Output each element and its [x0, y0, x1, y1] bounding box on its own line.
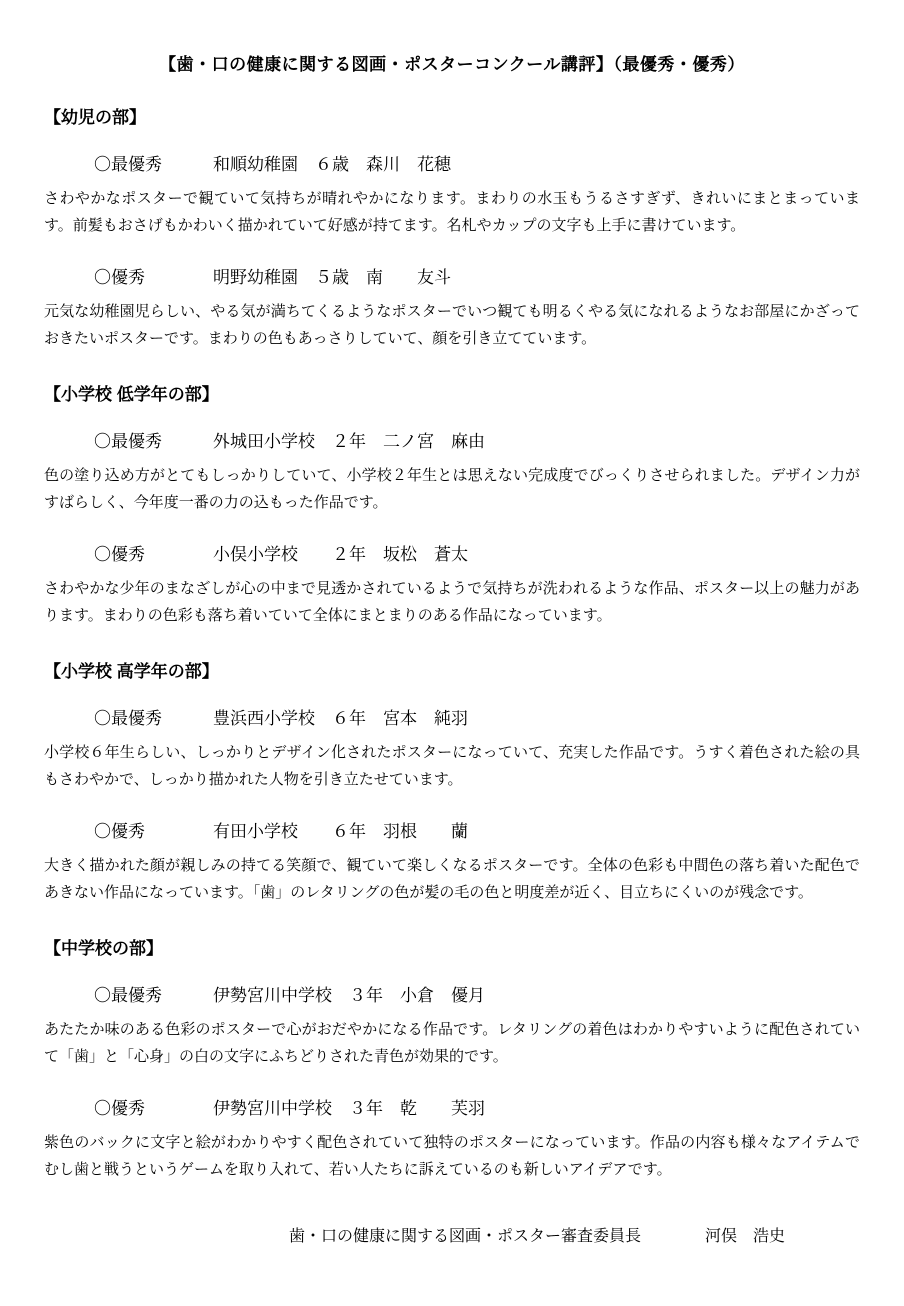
section-heading-elementary-upper: 【小学校 高学年の部】 — [44, 657, 860, 682]
review-text: 色の塗り込め方がとてもしっかりしていて、小学校２年生とは思えない完成度でびっくり… — [44, 462, 860, 516]
award-line-top-prize: 〇最優秀 外城田小学校 ２年 二ノ宮 麻由 — [94, 427, 860, 452]
document-page: 【歯・口の健康に関する図画・ポスターコンクール講評】（最優秀・優秀） 【幼児の部… — [0, 0, 904, 1306]
award-line-excellence-prize: 〇優秀 有田小学校 ６年 羽根 蘭 — [94, 817, 860, 842]
review-text: 小学校６年生らしい、しっかりとデザイン化されたポスターになっていて、充実した作品… — [44, 739, 860, 793]
award-line-excellence-prize: 〇優秀 明野幼稚園 ５歳 南 友斗 — [94, 263, 860, 288]
award-line-excellence-prize: 〇優秀 伊勢宮川中学校 ３年 乾 芙羽 — [94, 1094, 860, 1119]
award-line-top-prize: 〇最優秀 豊浜西小学校 ６年 宮本 純羽 — [94, 704, 860, 729]
section-heading-preschool: 【幼児の部】 — [44, 103, 860, 128]
review-text: あたたか味のある色彩のポスターで心がおだやかになる作品です。レタリングの着色はわ… — [44, 1016, 860, 1070]
review-text: 元気な幼稚園児らしい、やる気が満ちてくるようなポスターでいつ観ても明るくやる気に… — [44, 298, 860, 352]
section-preschool: 【幼児の部】 〇最優秀 和順幼稚園 ６歳 森川 花穂 さわやかなポスターで観てい… — [44, 103, 860, 352]
review-text: さわやかなポスターで観ていて気持ちが晴れやかになります。まわりの水玉もうるさすぎ… — [44, 185, 860, 239]
document-title: 【歯・口の健康に関する図画・ポスターコンクール講評】（最優秀・優秀） — [44, 50, 860, 75]
award-line-top-prize: 〇最優秀 和順幼稚園 ６歳 森川 花穂 — [94, 150, 860, 175]
review-text: 紫色のバックに文字と絵がわかりやすく配色されていて独特のポスターになっています。… — [44, 1129, 860, 1183]
section-elementary-upper: 【小学校 高学年の部】 〇最優秀 豊浜西小学校 ６年 宮本 純羽 小学校６年生ら… — [44, 657, 860, 906]
review-text: 大きく描かれた顔が親しみの持てる笑顔で、観ていて楽しくなるポスターです。全体の色… — [44, 852, 860, 906]
section-junior-high: 【中学校の部】 〇最優秀 伊勢宮川中学校 ３年 小倉 優月 あたたか味のある色彩… — [44, 934, 860, 1183]
section-elementary-lower: 【小学校 低学年の部】 〇最優秀 外城田小学校 ２年 二ノ宮 麻由 色の塗り込め… — [44, 380, 860, 629]
award-line-top-prize: 〇最優秀 伊勢宮川中学校 ３年 小倉 優月 — [94, 981, 860, 1006]
section-heading-elementary-lower: 【小学校 低学年の部】 — [44, 380, 860, 405]
award-line-excellence-prize: 〇優秀 小俣小学校 ２年 坂松 蒼太 — [94, 540, 860, 565]
signature-line: 歯・口の健康に関する図画・ポスター審査委員長 河俣 浩史 — [289, 1223, 860, 1246]
review-text: さわやかな少年のまなざしが心の中まで見透かされているようで気持ちが洗われるような… — [44, 575, 860, 629]
section-heading-junior-high: 【中学校の部】 — [44, 934, 860, 959]
